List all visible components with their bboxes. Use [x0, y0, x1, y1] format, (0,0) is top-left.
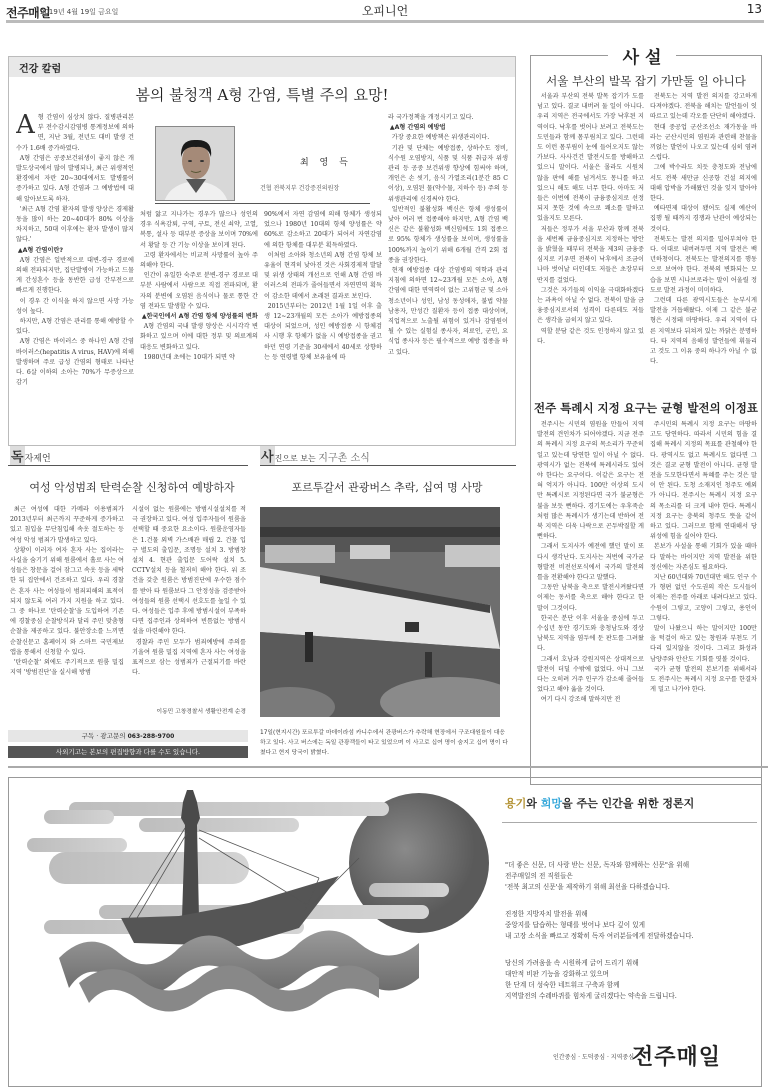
- ad-divider: [502, 822, 757, 823]
- ad-paragraph-2: 진정한 지방자치 발전을 위해 중앙지를 답습하는 형태를 벗어나 보다 깊이 …: [505, 909, 694, 942]
- editorial-1-col2: 전북도는 지역 발전 의지를 강고하게 다져야겠다. 전북을 해치는 발언들이 …: [650, 92, 757, 394]
- ad-paragraph-1: "더 좋은 신문, 더 사랑 받는 신문, 독자와 함께하는 신문"을 위해 전…: [505, 860, 689, 893]
- contact-phone: 063-288-9700: [128, 733, 175, 740]
- health-column-col3: 90%에서 자연 감염에 의해 항체가 생성되었으나 1980년 10대의 항체…: [264, 210, 382, 442]
- health-column-col1: A 형 간염이 심상치 않다. 질병관리본부 전수감시감염병 통계정보에 의하면…: [16, 113, 134, 443]
- author-portrait-icon: [156, 127, 235, 201]
- author-title: 건협 전북지부 건강증진의원장: [260, 183, 339, 192]
- readers-column-header: 독자제언: [10, 446, 51, 465]
- ad-paragraph-3: 당신의 가려움을 속 시원하게 긁어 드리기 위해 대안적 비판 기능을 강화하…: [505, 958, 677, 1002]
- editorial-topline-right: [676, 55, 762, 56]
- editorial-title-2: 전주 특례시 지정 요구는 균형 발전의 이정표: [530, 400, 762, 416]
- readers-column-byline: 이동민 고창경찰서 생활안전계 순경: [132, 706, 246, 715]
- author-photo: [155, 126, 235, 201]
- section-title: 오피니언: [0, 2, 770, 19]
- photo-caption: 17일(현지시간) 포르투갈 마데이라섬 카니수에서 관광버스가 추락해 현장에…: [260, 728, 510, 758]
- photo-news-title: 포르투갈서 관광버스 추락, 십여 명 사망: [258, 479, 516, 495]
- editorial-2-col2: 주시민의 특례시 지정 요구는 마땅하고도 당연하다. 따라서 시민의 힘을 결…: [650, 420, 757, 762]
- health-column-title: 봄의 불청객 A형 간염, 특별 주의 요망!: [9, 84, 515, 105]
- editorial-2-col1: 전주시는 시민의 염원을 만들어 지역 발전의 견인차가 되어야겠다. 지금 전…: [537, 420, 644, 762]
- editorial-topline-left: [530, 55, 608, 56]
- readers-column-col1: 최근 여성에 대한 카메라 이용범죄가 2013년부터 최근까지 꾸준하게 증가…: [10, 505, 124, 715]
- ad-tagline: 인간중심 · 도덕중심 · 지역중심: [553, 1052, 634, 1061]
- masthead-divider: [6, 20, 764, 23]
- dropcap: A: [16, 113, 35, 137]
- page-divider: [8, 766, 768, 768]
- readers-column-divider: [8, 465, 248, 466]
- page-number: 13: [747, 2, 762, 16]
- bus-crash-image-icon: [260, 507, 500, 717]
- editorial-1-col1: 서울과 부산의 전북 발목 잡기가 도를 넘고 있다. 결코 내버려 둘 일이 …: [537, 92, 644, 394]
- ad-brand-logo: 전주매일: [632, 1040, 721, 1071]
- photo-news-header: 사진으로 보는 지구촌 소식: [260, 446, 370, 465]
- author-divider: [155, 203, 370, 204]
- contact-bar: 구독 · 광고문의 063-288-9700: [8, 730, 248, 742]
- editorial-title-1: 서울 부산의 발목 잡기 가만둘 일 아니다: [530, 73, 762, 89]
- readers-column-title: 여성 악성범죄 탄력순찰 신청하여 예방하자: [8, 479, 256, 495]
- health-column-col2: 처럼 앓고 지나가는 경우가 많으나 성인의 경우 식욕감퇴, 구역, 구토, …: [140, 210, 258, 442]
- editorial-label: 사 설: [608, 43, 676, 68]
- ad-slogan: 용기와 희망을 주는 인간을 위한 정론지: [505, 795, 694, 811]
- photo-news-divider: [260, 465, 516, 466]
- bus-crash-photo: [260, 507, 500, 717]
- health-column-col4: 라 국가정책을 개정시키고 있다. ▲A형 간염의 예방법 가장 중요한 예방책…: [388, 113, 508, 443]
- disclaimer-bar: 사외기고는 본보의 편집방향과 다를 수도 있습니다.: [8, 746, 248, 758]
- author-name: 최 영 득: [300, 155, 352, 168]
- readers-column-col2: 시설이 없는 원룸에는 방범시설설치를 적극 권장하고 있다. 여성 입주자들이…: [132, 505, 246, 705]
- health-column-header: 건강 칼럼: [9, 57, 515, 77]
